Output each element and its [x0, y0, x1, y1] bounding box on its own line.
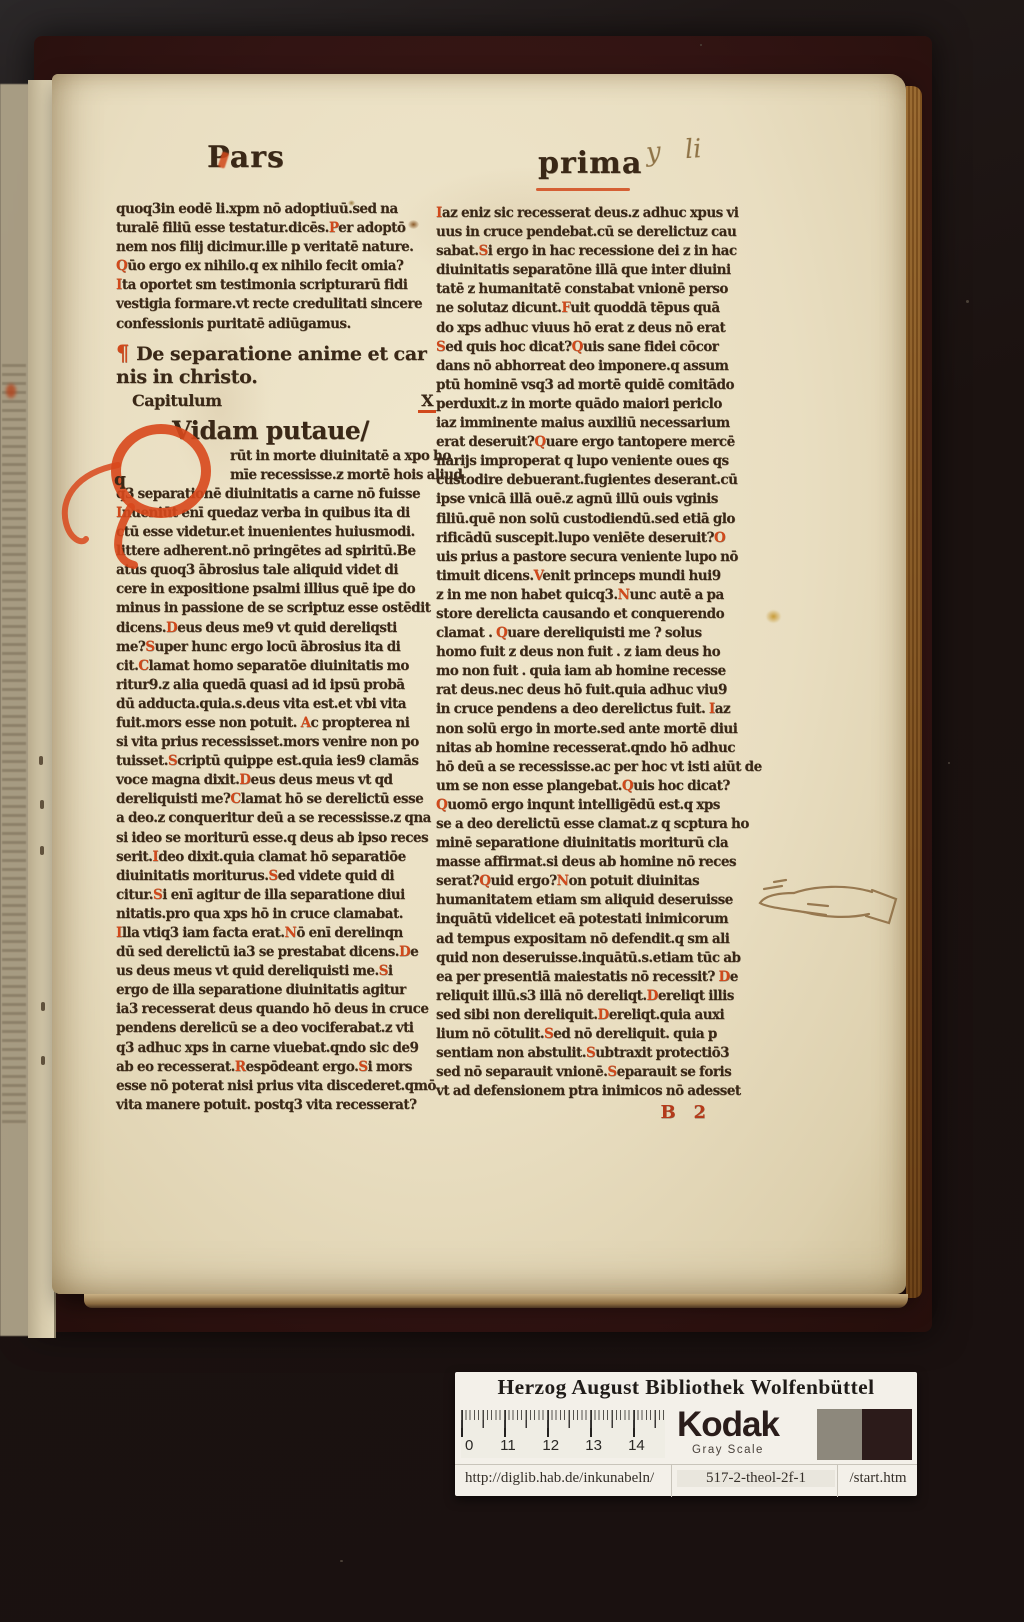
- capitulum-row: Capitulum X: [116, 391, 446, 413]
- pilcrow-icon: ¶: [116, 340, 129, 365]
- text-line: um se non esse plangebat.Quis hoc dicat?: [436, 777, 766, 796]
- chapter-opening: q Vidam putaue/ rūt in morte diuinitatē …: [116, 415, 446, 485]
- text-line: ergo de illa separatione diuinitatis agi…: [116, 981, 446, 1000]
- gray-scale-label: Gray Scale: [665, 1444, 791, 1456]
- text-line: ad tempus expositam nō defendit.q sm ali: [436, 930, 766, 949]
- text-line: ne solutaz dicunt.Fuit quoddā tēpus quā: [436, 299, 766, 318]
- ruler-number: 14: [628, 1437, 645, 1454]
- text-line: timuit dicens.Venit princeps mundi hui9: [436, 567, 766, 586]
- text-line: pendens derelicū se a deo vociferabat.z …: [116, 1019, 446, 1038]
- text-line: si vita prius recessisset.mors venire no…: [116, 733, 446, 752]
- text-line: nitatis.pro qua xps hō in cruce clamabat…: [116, 905, 446, 924]
- text-line: Sed quis hoc dicat?Quis sane fidei cōcor: [436, 338, 766, 357]
- book-page: Pars prima y li quoq3in eodē li.xpm nō a…: [52, 74, 906, 1294]
- ruler-number: 0: [465, 1437, 473, 1454]
- text-line: citur.Si enī agitur de illa separatione …: [116, 886, 446, 905]
- ruler-number: 12: [542, 1437, 559, 1454]
- text-line: iaz imminente maius auxiliū necessarium: [436, 414, 766, 433]
- text-line: sed sibi non dereliquit.Dereliqt.quia au…: [436, 1006, 766, 1025]
- label-divider: [837, 1465, 838, 1497]
- text-line: narijs improperat q lupo veniente oues q…: [436, 452, 766, 471]
- text-line: in cruce pendens a deo derelictus fuit. …: [436, 700, 766, 719]
- text-line: serat?Quid ergo?Non potuit diuinitas: [436, 872, 766, 891]
- text-line: masse affirmat.si deus ab homine nō rece…: [436, 853, 766, 872]
- text-line: dereliquisti me?Clamat hō se derelictū e…: [116, 790, 446, 809]
- dust-speck: [966, 300, 969, 303]
- text-line: fuit.mors esse non potuit. Ac propterea …: [116, 714, 446, 733]
- dust-speck: [948, 762, 950, 764]
- text-line: perduxit.z in morte quādo maiori periclo: [436, 395, 766, 414]
- facing-page-showthrough: [0, 84, 30, 1336]
- body-paragraphs: q3 separationē diuinitatis a carne nō fu…: [116, 485, 446, 1115]
- text-line: homo fuit z deus non fuit . z iam deus h…: [436, 643, 766, 662]
- initial-guide-letter: q: [114, 470, 126, 490]
- text-line: uis prius a pastore secura veniente lupo…: [436, 548, 766, 567]
- stitch-hole: [39, 756, 43, 765]
- text-line: us deus meus vt quid dereliquisti me.Si: [116, 962, 446, 981]
- text-line: erat deseruit?Quare ergo tantopere mercē: [436, 433, 766, 452]
- initial-q-lombard-icon: q: [56, 421, 221, 571]
- text-line: me?Super hunc ergo locū ābrosius ita di: [116, 638, 446, 657]
- text-line: cit.Clamat homo separatōe diuinitatis mo: [116, 657, 446, 676]
- signature-mark: B 2: [436, 1103, 766, 1122]
- text-line: serit.Ideo dixit.quia clamat hō separati…: [116, 848, 446, 867]
- handwritten-annotation: y li: [645, 134, 703, 168]
- text-line: Quomō ergo inqunt intelligēdū est.q xps: [436, 796, 766, 815]
- stitch-hole: [40, 800, 44, 809]
- text-line: inquātū videlicet eā potestati inimicoru…: [436, 910, 766, 929]
- dust-speck: [340, 1560, 343, 1562]
- text-line: humanitatem etiam sm aliquid deseruisse: [436, 891, 766, 910]
- text-column-right: Iaz eniz sic recesserat deus.z adhuc xpu…: [436, 204, 766, 1123]
- text-line: ab eo recesserat.Respōdeant ergo.Si mors: [116, 1058, 446, 1077]
- text-line: voce magna dixit.Deus deus meus vt qd: [116, 771, 446, 790]
- gray-scale-patch-dark: [862, 1409, 912, 1460]
- text-line: sabat.Si ergo in hac recessione dei z in…: [436, 242, 766, 261]
- text-line: Illa vtiq3 iam facta erat.Nō enī derelin…: [116, 924, 446, 943]
- chapter-heading: ¶De separatione anime et car nis in chri…: [116, 341, 446, 389]
- text-line: dū sed derelictū ia3 se prestabat dicens…: [116, 943, 446, 962]
- chapter-heading-text: nis in christo.: [116, 366, 258, 388]
- ruler-numbers: 011121314: [461, 1437, 665, 1457]
- digitization-url: http://diglib.hab.de/inkunabeln/: [465, 1470, 654, 1487]
- text-line: quid non deseruisse.inquātū.s.etiam tūc …: [436, 949, 766, 968]
- library-label-card: Herzog August Bibliothek Wolfenbüttel 01…: [455, 1372, 917, 1496]
- measuring-ruler: 011121314: [461, 1410, 665, 1458]
- text-line: sentiam non abstulit.Subtraxit protectiō…: [436, 1044, 766, 1063]
- ruler-number: 11: [500, 1437, 516, 1454]
- photograph-of-incunabulum: Pars prima y li quoq3in eodē li.xpm nō a…: [0, 0, 1024, 1622]
- text-line: cere in expositione psalmi illius quē ip…: [116, 580, 446, 599]
- text-line: vt ad defensionem ptra inimicos nō adess…: [436, 1082, 766, 1101]
- ruler-ticks: [461, 1410, 665, 1437]
- text-line: Ita oportet sm testimonia scripturarū fi…: [116, 276, 446, 295]
- text-line: z in me non habet quicq3.Nunc autē a pa: [436, 586, 766, 605]
- dust-speck: [700, 44, 702, 46]
- body-paragraphs: Iaz eniz sic recesserat deus.z adhuc xpu…: [436, 204, 766, 1101]
- text-line: esse nō poterat nisi prius vita disceder…: [116, 1077, 446, 1096]
- text-line: dū adducta.quia.s.deus vita est.et vbi v…: [116, 695, 446, 714]
- text-line: do xps adhuc viuus hō erat z deus nō era…: [436, 319, 766, 338]
- text-line: turalē filiū esse testatur.dicēs.Per ado…: [116, 219, 446, 238]
- running-head-prima: prima: [538, 146, 642, 181]
- text-line: ptū hominē vsq3 ad mortē quidē comitādo: [436, 376, 766, 395]
- text-line: q3 adhuc xps in carne viuebat.qndo sic d…: [116, 1039, 446, 1058]
- text-line: Iaz eniz sic recesserat deus.z adhuc xpu…: [436, 204, 766, 223]
- capitulum-number: X: [418, 391, 436, 413]
- text-line: diuinitatis separatōne illā que inter di…: [436, 261, 766, 280]
- text-line: filiū.quē non solū custodiendū.sed etiā …: [436, 510, 766, 529]
- library-name: Herzog August Bibliothek Wolfenbüttel: [455, 1375, 917, 1400]
- bottom-page-edges: [84, 1294, 908, 1308]
- text-line: clamat . Quare dereliquisti me ? solus: [436, 624, 766, 643]
- chapter-heading-text: De separatione anime et car: [136, 343, 427, 365]
- text-line: vita manere potuit. postq3 vita recesser…: [116, 1096, 446, 1115]
- gray-scale-patch-mid: [817, 1409, 862, 1460]
- stitch-hole: [41, 1056, 45, 1065]
- text-line: rificādū suscepit.lupo veniēte deseruit?…: [436, 529, 766, 548]
- text-line: nem nos filij dicimur.ille p veritatē na…: [116, 238, 446, 257]
- text-line: uus in cruce pendebat.cū se derelictuz c…: [436, 223, 766, 242]
- prima-red-underline: [536, 188, 630, 191]
- text-line: si ideo se moriturū esse.q deus ab ipso …: [116, 829, 446, 848]
- label-divider: [671, 1465, 672, 1497]
- text-line: confessionis puritatē adiūgamus.: [116, 315, 446, 334]
- intro-paragraph: quoq3in eodē li.xpm nō adoptiuū.sed natu…: [116, 200, 446, 334]
- kodak-logo: Kodak: [665, 1405, 791, 1445]
- text-line: non solū ergo in morte.sed ante mortē di…: [436, 720, 766, 739]
- text-line: sed nō separauit vnionē.Separauit se for…: [436, 1063, 766, 1082]
- text-line: minus in passione de se scriptuz esse os…: [116, 599, 446, 618]
- shelfmark: 517-2-theol-2f-1: [677, 1470, 835, 1487]
- text-line: mo non fuit . quia iam ab homine recesse: [436, 662, 766, 681]
- text-line: tuisset.Scriptū quippe est.quia ies9 cla…: [116, 752, 446, 771]
- text-line: dans nō abhorreat deo imponere.q assum: [436, 357, 766, 376]
- text-line: nitas ab homine recesserat.qndo hō adhuc: [436, 739, 766, 758]
- text-line: mīe recessisse.z mortē hois aliud: [230, 466, 446, 485]
- showthrough-red-mark: [6, 384, 16, 398]
- text-line: ipse vnicā illā ouē.z agnū illū ouis vgi…: [436, 490, 766, 509]
- text-line: a deo.z conqueritur deū a se recessisse.…: [116, 809, 446, 828]
- text-line: ia3 recesserat deus quando hō deus in cr…: [116, 1000, 446, 1019]
- text-line: rat deus.nec deus hō fuit.quia adhuc viu…: [436, 681, 766, 700]
- text-line: custodire debuerant.fugientes deserant.c…: [436, 471, 766, 490]
- chapter-heading-line: nis in christo.: [116, 365, 446, 389]
- fore-edge-page-stack: [906, 86, 922, 1298]
- text-column-left: quoq3in eodē li.xpm nō adoptiuū.sed natu…: [116, 200, 446, 1115]
- capitulum-label: Capitulum: [132, 391, 222, 413]
- text-line: vestigia formare.vt recte credulitati si…: [116, 295, 446, 314]
- label-bottom-row: http://diglib.hab.de/inkunabeln/ 517-2-t…: [455, 1464, 917, 1497]
- text-line: reliquit illū.s3 illā nō dereliqt.Dereli…: [436, 987, 766, 1006]
- ruler-number: 13: [585, 1437, 602, 1454]
- url-suffix: /start.htm: [843, 1470, 913, 1487]
- text-line: ea per presentiā maiestatis nō recessit?…: [436, 968, 766, 987]
- text-line: hō deū a se recessisse.ac per hoc vt ist…: [436, 758, 766, 777]
- text-line: ritur9.z alia quedā quasi ad id ipsū pro…: [116, 676, 446, 695]
- chapter-heading-line: ¶De separatione anime et car: [116, 341, 446, 365]
- text-line: quoq3in eodē li.xpm nō adoptiuū.sed na: [116, 200, 446, 219]
- text-line: diuinitatis moriturus.Sed videte quid di: [116, 867, 446, 886]
- manicule-icon: [752, 862, 912, 957]
- text-line: minē separatione diuinitatis moriturū cl…: [436, 834, 766, 853]
- wax-spot: [766, 610, 781, 623]
- showthrough-text-lines: [2, 364, 26, 1124]
- text-line: Qūo ergo ex nihilo.q ex nihilo fecit omi…: [116, 257, 446, 276]
- running-head-pars: Pars: [207, 140, 285, 175]
- text-line: lium nō cōtulit.Sed nō dereliquit. quia …: [436, 1025, 766, 1044]
- text-line: dicens.Deus deus me9 vt quid dereliqsti: [116, 619, 446, 638]
- text-line: se a deo derelictū esse clamat.z q scptu…: [436, 815, 766, 834]
- stitch-hole: [40, 846, 44, 855]
- text-line: rūt in morte diuinitatē a xpo ho: [230, 447, 446, 466]
- text-line: store derelicta causando et conquerendo: [436, 605, 766, 624]
- text-line: tatē z humanitatē constabat vnionē perso: [436, 280, 766, 299]
- stitch-hole: [41, 1002, 45, 1011]
